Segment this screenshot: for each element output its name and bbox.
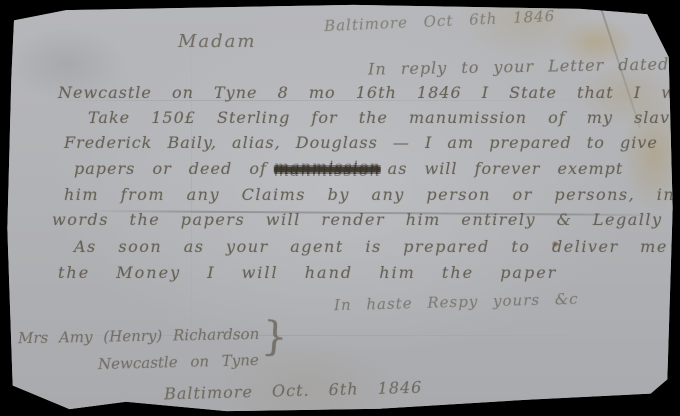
letter-paper: Baltimore Oct 6th 1846 Madam In reply to… <box>6 4 674 412</box>
letter-line-claims: him from any Claims by any person or per… <box>64 185 680 204</box>
addressee-name: Mrs Amy (Henry) Richardson <box>18 325 260 347</box>
struck-out-word: manmission <box>274 159 381 178</box>
letter-line-price: Take 150£ Sterling for the manumission o… <box>88 108 680 127</box>
letter-line-money: the Money I will hand him the paper <box>58 263 557 282</box>
letter-line-free: words the papers will render him entirel… <box>52 210 680 229</box>
letter-line-reply: In reply to your Letter dated <box>368 54 670 78</box>
addressee-place: Newcastle on Tyne <box>98 351 259 373</box>
letter-line-papers: papers or deed ofmanmissionas will forev… <box>74 159 623 178</box>
letter-line-frederick: Frederick Baily, alias, Douglass — I am … <box>64 133 680 152</box>
salutation: Madam <box>178 31 256 52</box>
letter-line-agent: As soon as your agent is prepared to del… <box>74 237 668 256</box>
letter-line-newcastle: Newcastle on Tyne 8 mo 16th 1846 I State… <box>58 83 680 102</box>
dateline-bottom: Baltimore Oct. 6th 1846 <box>164 378 423 404</box>
papers-text-post: as will forever exempt <box>388 159 624 178</box>
dateline-top: Baltimore Oct 6th 1846 <box>324 7 556 35</box>
address-brace: } <box>260 313 289 361</box>
letter-photograph: Baltimore Oct 6th 1846 Madam In reply to… <box>0 0 680 416</box>
papers-text-pre: papers or deed of <box>74 159 267 178</box>
closing-line: In haste Respy yours &c <box>334 290 579 314</box>
